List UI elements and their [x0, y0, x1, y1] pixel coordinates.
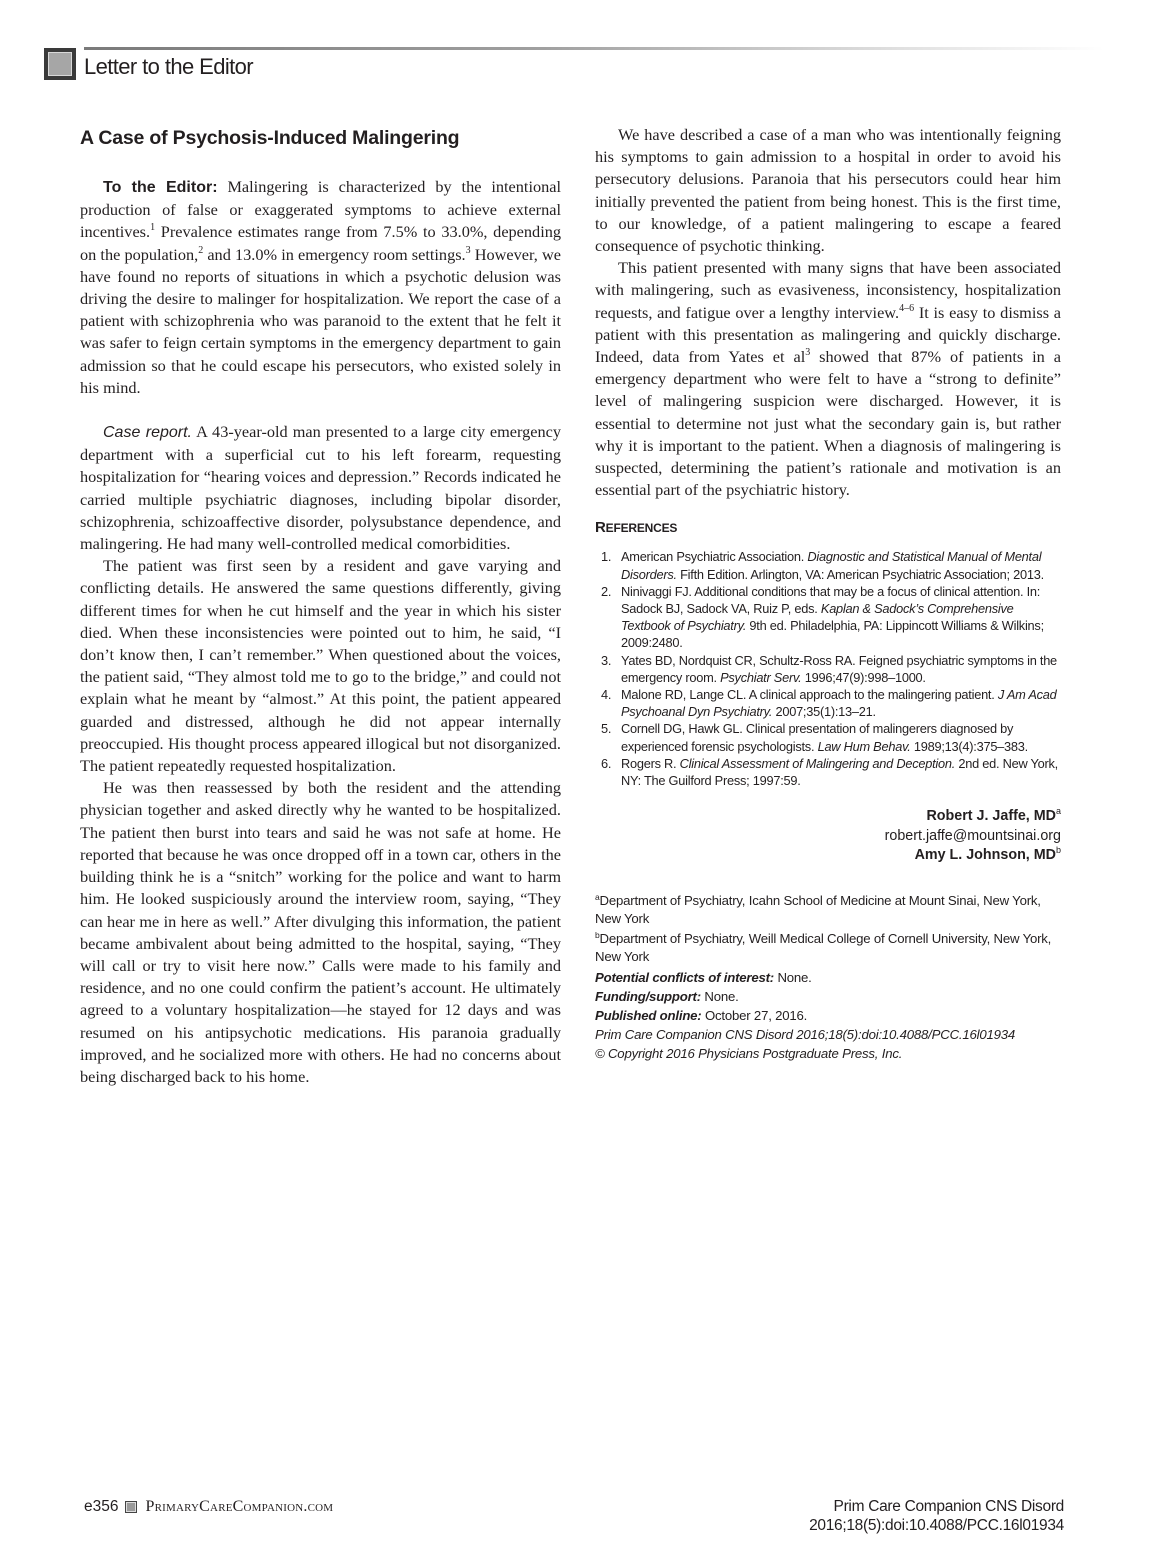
page-number: e356	[84, 1498, 118, 1516]
footer-square-icon	[125, 1501, 137, 1513]
affiliation: aDepartment of Psychiatry, Icahn School …	[595, 892, 1061, 928]
reference-item: 1.American Psychiatric Association. Diag…	[595, 548, 1061, 582]
intro-paragraph: To the Editor: Malingering is characteri…	[80, 176, 561, 399]
section-label: Letter to the Editor	[84, 54, 253, 80]
copyright-note: © Copyright 2016 Physicians Postgraduate…	[595, 1044, 1061, 1063]
references-list: 1.American Psychiatric Association. Diag…	[595, 548, 1061, 789]
site-link[interactable]: PrimaryCareCompanion.com	[145, 1498, 333, 1516]
citation-note: Prim Care Companion CNS Disord 2016;18(5…	[595, 1025, 1061, 1044]
header-rule	[84, 47, 1104, 50]
citation-4-6: 4–6	[899, 303, 914, 314]
author-name: Robert J. Jaffe, MDa	[595, 807, 1061, 827]
funding-note: Funding/support: None.	[595, 987, 1061, 1006]
author-block: Robert J. Jaffe, MDa robert.jaffe@mounts…	[595, 807, 1061, 866]
conflicts-note: Potential conflicts of interest: None.	[595, 968, 1061, 987]
right-column: We have described a case of a man who wa…	[595, 124, 1061, 1063]
to-the-editor-runin: To the Editor:	[103, 179, 218, 196]
case-report-runin: Case report.	[103, 424, 192, 441]
case-report-paragraph: Case report. A 43-year-old man presented…	[80, 421, 561, 555]
journal-name: Prim Care Companion CNS Disord	[809, 1497, 1064, 1516]
reference-item: 6.Rogers R. Clinical Assessment of Malin…	[595, 755, 1061, 789]
described-paragraph: We have described a case of a man who wa…	[595, 124, 1061, 257]
published-note: Published online: October 27, 2016.	[595, 1006, 1061, 1025]
section-marker-icon	[44, 48, 76, 80]
article-body-right: We have described a case of a man who wa…	[595, 124, 1061, 501]
footer-right: Prim Care Companion CNS Disord 2016;18(5…	[809, 1497, 1064, 1535]
reference-item: 3.Yates BD, Nordquist CR, Schultz-Ross R…	[595, 652, 1061, 686]
affiliation: bDepartment of Psychiatry, Weill Medical…	[595, 930, 1061, 966]
reference-item: 4.Malone RD, Lange CL. A clinical approa…	[595, 686, 1061, 720]
reference-item: 5.Cornell DG, Hawk GL. Clinical presenta…	[595, 720, 1061, 754]
article-body-left: To the Editor: Malingering is characteri…	[80, 176, 561, 1088]
article-notes: aDepartment of Psychiatry, Icahn School …	[595, 892, 1061, 1063]
left-column: A Case of Psychosis-Induced Malingering …	[80, 124, 561, 1088]
author-name: Amy L. Johnson, MDb	[595, 846, 1061, 866]
reassessed-paragraph: He was then reassessed by both the resid…	[80, 777, 561, 1088]
footer-left: e356 PrimaryCareCompanion.com	[84, 1498, 333, 1516]
reference-item: 2.Ninivaggi FJ. Additional conditions th…	[595, 583, 1061, 652]
first-seen-paragraph: The patient was first seen by a resident…	[80, 555, 561, 777]
article-title: A Case of Psychosis-Induced Malingering	[80, 124, 561, 152]
author-email-link[interactable]: robert.jaffe@mountsinai.org	[595, 827, 1061, 847]
journal-doi: 2016;18(5):doi:10.4088/PCC.16l01934	[809, 1516, 1064, 1535]
presented-paragraph: This patient presented with many signs t…	[595, 257, 1061, 501]
references-heading: REFERENCES	[595, 519, 1061, 536]
